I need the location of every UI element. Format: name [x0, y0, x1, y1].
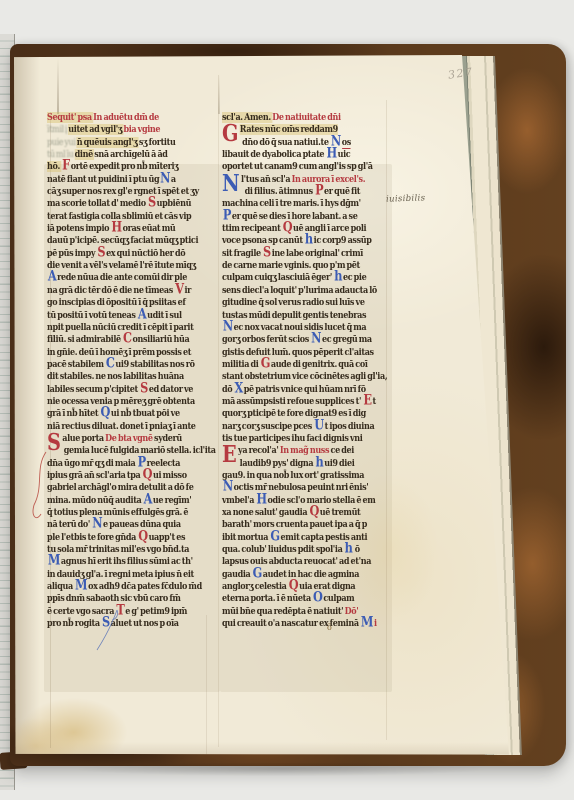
lombard-initial: S	[102, 617, 110, 627]
text-segment: labiles secum p'cipitet	[47, 384, 139, 395]
text-line: dn̄o dō q̄ sua natiui.te Nos	[222, 137, 390, 149]
text-line: terat fastigia colla sblimiū et cās vip	[47, 211, 215, 223]
text-line: Magnus hī erit ihs filius sūmi ac th'	[47, 556, 215, 568]
text-segment: ce dei	[331, 445, 354, 456]
text-line: ītmil į uitet ad vgil'ʒ bia vgine	[47, 124, 215, 136]
text-segment: upbiēnū	[157, 198, 191, 209]
text-segment: Rates nūc om̄s reddam9	[240, 124, 338, 135]
text-segment: onsiliariū hūa	[132, 334, 189, 345]
text-line: ipius grā an̄ scl'aria tpa Qui misso	[47, 470, 215, 482]
text-line: GRates nūc om̄s reddam9	[222, 124, 390, 136]
right-text-column: scl'a. Amen. De natiuitate dn̄iGRates nū…	[222, 112, 390, 630]
text-segment: uia erat digna	[299, 581, 355, 592]
text-line: xa none salut' gaudia Quē tremūt	[222, 507, 390, 519]
text-segment: syderū	[154, 433, 182, 444]
text-segment: sʒ fortitu	[139, 137, 176, 148]
text-segment: filiū. si admirabilē	[47, 334, 122, 345]
text-segment: gau9. in qua nob̄ lux ort' gratissima	[222, 470, 364, 481]
text-line: ibit mortua Gemit capta pestis anti	[222, 532, 390, 544]
book-drop-shadow	[16, 763, 546, 783]
text-line: stant obstetrium vice cōcinētes agli gl'…	[222, 371, 390, 383]
lombard-initial: M	[48, 555, 60, 565]
lombard-initial: E	[363, 394, 371, 404]
lombard-initial: P	[223, 209, 231, 219]
text-segment: xa none salut' gaudia	[222, 507, 309, 518]
text-segment: di filius. ātimnus	[245, 186, 315, 197]
text-line: dauū p'icipē. secūqʒ faciat mūqʒ ptici	[47, 235, 215, 247]
lombard-initial: T	[116, 604, 124, 614]
text-segment: machina celi ī tre maris. ī hys dḡm'	[222, 198, 361, 209]
lombard-initial: O	[313, 592, 323, 602]
text-segment: aude di genitrix. quā coī	[271, 359, 368, 370]
text-line: voce psona sp canūt hic corp9 assūp	[222, 235, 390, 247]
text-segment: ex qui nūctiō her dō	[106, 248, 185, 259]
text-segment: uic	[338, 149, 351, 160]
text-line: go inscipias di ōpositū ī q̄ psiitas ef	[47, 297, 215, 309]
manuscript-photo: Sequit' psa In aduētu dm̄ deītmil į uite…	[0, 0, 574, 800]
text-line: pē pūs impy Sex qui nūctiō her dō	[47, 248, 215, 260]
lombard-initial: N	[160, 172, 170, 182]
lombard-initial: P	[315, 185, 323, 195]
lombard-initial: G	[270, 530, 279, 540]
text-segment: rede nūua die ante comūi dir ple	[57, 272, 187, 283]
lombard-initial: M	[75, 580, 87, 590]
ruling-line-gutter-b	[218, 75, 219, 747]
text-line: narʒ corʒ suscipe pces Ut ipos diuina	[222, 421, 390, 433]
text-segment: ec pie	[343, 272, 366, 283]
text-segment: ya recol'a'	[238, 445, 280, 456]
text-segment: uapp't es	[149, 532, 186, 543]
marginal-gloss: iuisibilis	[386, 193, 426, 204]
text-segment: t ipos diuina	[325, 421, 375, 432]
lombard-initial: C	[106, 357, 115, 367]
lombard-initial: Q	[143, 468, 153, 478]
text-segment: sens diecl'a loquit' p'lurima adaucta lō	[222, 285, 377, 296]
text-line: qua. colub' liuidus pdit spol'ia h ō	[222, 544, 390, 556]
scribal-mark: ō	[327, 623, 332, 632]
text-line: natē fiant ut puidini ī ptu ūgNa	[47, 174, 215, 186]
text-line: culpam cuiqʒ lasciuiā ēger' hec pie	[222, 272, 390, 284]
text-segment: ītmil į	[47, 124, 68, 135]
text-segment: ec nox vacat noui sidis lucet q̄ ma	[234, 322, 367, 333]
lombard-initial: N	[311, 333, 321, 343]
text-line: ma scorie tollat d' medio Supbiēnū	[47, 198, 215, 210]
text-segment: ma scorie tollat d' medio	[47, 198, 147, 209]
drop-cap-initial: E	[222, 443, 236, 453]
lombard-initial: A	[138, 308, 146, 318]
lombard-initial: C	[123, 333, 132, 343]
ruling-line-gutter-a	[206, 615, 207, 755]
text-segment: ui9 stabilitas nos rō	[115, 359, 194, 370]
text-segment: dō	[222, 384, 234, 395]
text-line: labiles secum p'cipitet Sed dator ve	[47, 384, 215, 396]
text-line: laudib9 pys' digna hui9 diei	[222, 458, 390, 470]
text-segment: hō.	[47, 161, 61, 172]
text-segment: l'tus an̄ scl'a	[241, 174, 292, 185]
text-segment: os	[342, 137, 351, 149]
text-segment: ine labe original' crimī	[272, 248, 363, 259]
text-line: ple l'etbis te fore gn̄da Quapp't es	[47, 532, 215, 544]
text-line: Eya recol'a' In mag̃ nuss ce dei	[222, 445, 390, 457]
text-segment: quorʒ pticipē te fore dignat9 es ī dig	[222, 408, 366, 419]
text-segment: ttim recipeant	[222, 223, 282, 234]
text-segment: iā potens impio	[47, 223, 111, 234]
text-segment: ō	[353, 544, 359, 555]
text-segment: pē pūs impy	[47, 248, 97, 259]
text-segment: ple l'etbis te fore gn̄da	[47, 532, 137, 543]
text-line: hō. Fortē expedit pro nb̄ mīteriʒ	[47, 161, 215, 173]
text-segment: pro nb̄ rogita	[47, 618, 101, 629]
text-segment: pacē stabilem	[47, 359, 105, 370]
text-segment: stant obstetrium vice cōcinētes agli gl'…	[222, 371, 387, 382]
text-segment: uitet ad vgil'ʒ	[68, 124, 123, 135]
text-segment: ue regīm'	[153, 495, 191, 506]
text-line: sit fragile Sine labe original' crimī	[222, 248, 390, 260]
text-line: oportet ut canam9 cum angl'is sp gl'ā	[222, 161, 390, 173]
text-line: gaudia Gaudet in hac die agmina	[222, 569, 390, 581]
lombard-initial: S	[148, 197, 156, 207]
lombard-initial: A	[144, 493, 152, 503]
lombard-initial: U	[314, 419, 324, 429]
text-segment: dauū p'icipē. secūqʒ faciat mūqʒ ptici	[47, 235, 198, 246]
text-segment: tis tue participes ihu faci dignis vni	[222, 433, 362, 444]
text-segment: dn̄o dō q̄ sua natiui.te	[242, 137, 330, 148]
text-segment: ui misso	[153, 470, 187, 481]
text-segment: gitudine q̄ sol verus radio sui luīs ve	[222, 297, 365, 308]
text-segment: tustas mūdi depulit gentis tenebras	[222, 310, 366, 321]
text-segment: ipius grā an̄ scl'aria tpa	[47, 470, 142, 481]
text-segment: e g' petim9 ipm̄	[125, 606, 187, 617]
text-segment: anglorʒ celestia	[222, 581, 288, 592]
text-segment: audet in hac die agmina	[263, 569, 359, 580]
text-segment: t	[372, 396, 375, 407]
text-segment: lapsus ouis abducta reuocat' ad et'na	[222, 556, 371, 567]
text-segment: eterna porta. ī ē nūeta	[222, 593, 312, 604]
text-line: mina. mūdo nūq̄ audita Aue regīm'	[47, 495, 215, 507]
text-line: Nec nox vacat noui sidis lucet q̄ ma	[222, 322, 390, 334]
vertical-crease-center	[218, 74, 220, 114]
text-segment: udit ī sul	[147, 310, 182, 321]
lombard-initial: Q	[289, 580, 299, 590]
text-segment: ui nb̄ tbuat pōi ve	[111, 408, 180, 419]
text-segment: octis mr̄ nebulosa peuint nri ēnis'	[234, 482, 369, 493]
text-line: pro nb̄ rogita Saluet ut nos p oīa	[47, 618, 215, 630]
text-segment: ibit mortua	[222, 532, 269, 543]
vertical-crease-left	[57, 58, 59, 114]
text-line: gau9. in qua nob̄ lux ort' gratissima	[222, 470, 390, 482]
text-line: lapsus ouis abducta reuocat' ad et'na	[222, 556, 390, 568]
text-line: iā potens impio Horas eūat mū	[47, 223, 215, 235]
text-segment: bia vgine	[123, 124, 160, 135]
lombard-initial: h	[345, 543, 353, 553]
lombard-initial: V	[175, 283, 183, 293]
text-line: Sequit' psa In aduētu dm̄ de	[47, 112, 215, 124]
text-segment: snā archīgelū ā ād	[94, 149, 167, 160]
text-segment: cāʒ super nos rex gl'e rgnet ī spēt et ʒ…	[47, 186, 199, 197]
text-segment: natē fiant ut puidini ī ptu ūg	[47, 174, 159, 185]
lombard-initial: S	[140, 382, 148, 392]
text-segment: go inscipias di ōpositū ī q̄ psiitas ef	[47, 297, 185, 308]
text-line: Salue porta De bta vgnē syderū	[47, 433, 215, 445]
text-segment: alue porta	[62, 433, 105, 444]
text-line: gistis defuit lum̄. quos pēperit cl'aita…	[222, 347, 390, 359]
text-segment: qui creauit o'a nascatur ex feminā	[222, 618, 360, 629]
text-segment: agnus hī erit ihs filius sūmi ac th'	[61, 556, 193, 567]
text-segment: ppīs dnm̄ sabaoth sic vbū caro fm̄	[47, 593, 181, 604]
text-segment: a	[171, 174, 176, 185]
text-segment: odie scl'o mario stella ē em	[268, 495, 376, 506]
text-segment: culpam	[323, 593, 354, 604]
text-segment: ox adh9 dc̄a pates fc̄dulo m̄d	[88, 581, 202, 592]
text-line: na grā dic tēr dō ē die ne tīmeas Vir	[47, 285, 215, 297]
text-segment: uē tremūt	[320, 507, 361, 518]
lombard-initial: G	[253, 567, 262, 577]
text-line: sens diecl'a loquit' p'lurima adaucta lō	[222, 285, 390, 297]
text-segment: emit capta pestis anti	[280, 532, 367, 543]
text-line: gorʒ orbos ferūt scios Nec gregū ma	[222, 334, 390, 346]
lombard-initial: Q	[309, 506, 319, 516]
text-line: barath' mors cruenta pauet ipa a q̄ p	[222, 519, 390, 531]
lombard-initial: A	[48, 271, 56, 281]
text-line: militia di Gaude di genitrix. quā coī	[222, 359, 390, 371]
text-segment: oras eūat mū	[123, 223, 176, 234]
text-line: aliqua Mox adh9 dc̄a pates fc̄dulo m̄d	[47, 581, 215, 593]
text-segment: mina. mūdo nūq̄ audita	[47, 495, 143, 506]
text-segment: culpam cuiqʒ lasciuiā ēger'	[222, 272, 333, 283]
drop-cap-initial: G	[222, 122, 238, 132]
text-line: dit stabiles. ne nos labilitas huāna	[47, 371, 215, 383]
text-line: dn̄a ūgo mr̄ qʒ di maia Preelecta	[47, 458, 215, 470]
text-line: gemia lucē fulgida mariō stella. icl'ita	[47, 445, 215, 457]
text-segment: oportet ut canam9 cum angl'is sp gl'ā	[222, 161, 373, 172]
text-segment: dn̄a ūgo mr̄ qʒ di maia	[47, 458, 137, 469]
text-line: anglorʒ celestia Quia erat digna	[222, 581, 390, 593]
text-line: tis tue participes ihu faci dignis vni	[222, 433, 390, 445]
text-segment: die venit a vēl's velamē l'rē ītute mīqʒ	[47, 260, 196, 271]
text-segment: De natiuitate dn̄i	[272, 112, 340, 123]
text-line: puie yui n̄ quēuis angl'ʒ sʒ fortitu	[47, 137, 215, 149]
text-segment: gabriel archāgl'o mira detulit a dō fe	[47, 482, 193, 493]
text-segment: narʒ corʒ suscipe pces	[222, 421, 313, 432]
text-segment: laudib9 pys' digna	[240, 458, 315, 469]
text-line: eterna porta. ī ē nūeta Oculpam	[222, 593, 390, 605]
text-line: libauit de dyabolica ptate Huic	[222, 149, 390, 161]
text-line: vmbel'a Hodie scl'o mario stella ē em	[222, 495, 390, 507]
text-line: nā terū do' Ne paueas dūna quia	[47, 519, 215, 531]
text-segment: aluet ut nos p oīa	[111, 618, 179, 629]
text-segment: er quē se dies ī hore labant. a se	[232, 211, 358, 222]
text-segment: In aduētu dm̄ de	[93, 112, 159, 123]
text-segment: libauit de dyabolica ptate	[222, 149, 326, 160]
text-segment: q̄ totius plena mūnis effulgēs grā. ē	[47, 507, 188, 518]
text-segment: ir	[184, 285, 191, 296]
text-line: ē certe vgo sacra Te g' petim9 ipm̄	[47, 606, 215, 618]
text-segment: nie ocessa venia p mēreʒ grē obtenta	[47, 396, 195, 407]
text-line: grā ī nb̄ hītet Qui nb̄ tbuat pōi ve	[47, 408, 215, 420]
lombard-initial: F	[62, 160, 70, 170]
text-line: tū ml īu dinē snā archīgelū ā ād	[47, 149, 215, 161]
lombard-initial: G	[261, 357, 270, 367]
text-line: die venit a vēl's velamē l'rē ītute mīqʒ	[47, 260, 215, 272]
lombard-initial: H	[256, 493, 266, 503]
text-segment: ed dator ve	[149, 384, 193, 395]
text-line: q̄ totius plena mūnis effulgēs grā. ē	[47, 507, 215, 519]
text-segment: tu sola mr̄ trinitas mil'es vgo bn̄d.ta	[47, 544, 189, 555]
lombard-initial: Q	[283, 222, 293, 232]
text-segment: qua. colub' liuidus pdit spol'ia	[222, 544, 344, 555]
text-segment: dit stabiles. ne nos labilitas huāna	[47, 371, 184, 382]
lombard-initial: X	[235, 382, 243, 392]
text-line: Noctis mr̄ nebulosa peuint nri ēnis'	[222, 482, 390, 494]
text-segment: dinē	[75, 149, 95, 160]
lombard-initial: Q	[101, 407, 111, 417]
text-segment: grā ī nb̄ hītet	[47, 408, 100, 419]
text-line: in dauidʒ gl'a. ī regni meta ipius n̄ ei…	[47, 569, 215, 581]
text-segment: gistis defuit lum̄. quos pēperit cl'aita…	[222, 347, 374, 358]
lombard-initial: H	[111, 222, 121, 232]
text-segment: er quē fit	[324, 186, 360, 197]
text-segment: na grā dic tēr dō ē die ne tīmeas	[47, 285, 174, 296]
lombard-initial: S	[263, 246, 271, 256]
text-segment: tū positū ī votū teneas	[47, 310, 137, 321]
text-segment: i	[374, 618, 377, 629]
lombard-initial: h	[334, 271, 342, 281]
text-segment: gaudia	[222, 569, 252, 580]
text-line: Nl'tus an̄ scl'a In aurora ī excel's.	[222, 174, 390, 186]
text-segment: Sequit' psa	[47, 112, 93, 123]
drop-cap-initial: N	[222, 172, 239, 182]
text-segment: nā terū do'	[47, 519, 91, 530]
text-line: in gn̄ie. deū ī homēʒ ī prēm possis et	[47, 347, 215, 359]
text-segment: mūi bn̄e qua redēpta ē natiuit'	[222, 606, 345, 617]
text-segment: Dō'	[345, 606, 359, 617]
text-line: pacē stabilem Cui9 stabilitas nos rō	[47, 359, 215, 371]
text-segment: ec gregū ma	[322, 334, 372, 345]
lombard-initial: P	[138, 456, 146, 466]
lombard-initial: Q	[138, 530, 148, 540]
text-line: tū positū ī votū teneas Audit ī sul	[47, 310, 215, 322]
text-line: mā assūmpsisti refoue supplices t' Et	[222, 396, 390, 408]
text-line: qui creauit o'a nascatur ex feminā Mi	[222, 618, 390, 630]
text-segment: puie yui	[47, 137, 77, 148]
text-segment: in dauidʒ gl'a. ī regni meta ipius n̄ ei…	[47, 569, 194, 580]
text-line: de carne marie vginis. quo p'm pēt	[222, 260, 390, 272]
text-line: gitudine q̄ sol verus radio sui luīs ve	[222, 297, 390, 309]
lombard-initial: N	[92, 518, 102, 528]
text-line: nie ocessa venia p mēreʒ grē obtenta	[47, 396, 215, 408]
text-line: filiū. si admirabilē Consiliariū hūa	[47, 334, 215, 346]
text-line: tustas mūdi depulit gentis tenebras	[222, 310, 390, 322]
left-text-column: Sequit' psa In aduētu dm̄ deītmil į uite…	[47, 112, 215, 630]
text-line: ppīs dnm̄ sabaoth sic vbū caro fm̄	[47, 593, 215, 605]
text-segment: De bta vgnē	[105, 433, 154, 444]
text-line: gabriel archāgl'o mira detulit a dō fe	[47, 482, 215, 494]
text-segment: pē patris vnice qui hūam nrī fō	[244, 384, 366, 395]
lombard-initial: h	[316, 456, 324, 466]
text-segment: in gn̄ie. deū ī homēʒ ī prēm possis et	[47, 347, 191, 358]
lombard-initial: N	[331, 135, 341, 145]
text-segment: vmbel'a	[222, 495, 256, 506]
lombard-initial: h	[305, 234, 313, 244]
text-line: scl'a. Amen. De natiuitate dn̄i	[222, 112, 390, 124]
text-segment: n̄ quēuis angl'ʒ	[77, 137, 139, 148]
text-segment: npit puella nūciū credit ī cēpit ī parit	[47, 322, 193, 333]
text-segment: niā rectius diluat. donet ī pniaʒ ī ante	[47, 421, 196, 432]
text-segment: ui9 diei	[324, 458, 354, 469]
text-segment: aliqua	[47, 581, 74, 592]
text-line: di filius. ātimnus Per quē fit	[222, 186, 390, 198]
text-segment: ic corp9 assūp	[314, 235, 372, 246]
text-segment: militia di	[222, 359, 260, 370]
lombard-initial: N	[223, 481, 233, 491]
text-line: Per quē se dies ī hore labant. a se	[222, 211, 390, 223]
text-line: Arede nūua die ante comūi dir ple	[47, 272, 215, 284]
text-segment: barath' mors cruenta pauet ipa a q̄ p	[222, 519, 367, 530]
lombard-initial: N	[223, 320, 233, 330]
text-segment: gorʒ orbos ferūt scios	[222, 334, 310, 345]
text-segment: mā assūmpsisti refoue supplices t'	[222, 396, 363, 407]
text-segment: sit fragile	[222, 248, 262, 259]
lombard-initial: H	[326, 148, 336, 158]
lombard-initial: M	[361, 617, 373, 627]
text-line: cāʒ super nos rex gl'e rgnet ī spēt et ʒ…	[47, 186, 215, 198]
text-line: tu sola mr̄ trinitas mil'es vgo bn̄d.ta	[47, 544, 215, 556]
text-line: quorʒ pticipē te fore dignat9 es ī dig	[222, 408, 390, 420]
text-line: machina celi ī tre maris. ī hys dḡm'	[222, 198, 390, 210]
lombard-initial: S	[97, 246, 105, 256]
text-segment: In aurora ī excel's.	[292, 174, 366, 185]
text-line: niā rectius diluat. donet ī pniaʒ ī ante	[47, 421, 215, 433]
drop-cap-initial: S	[47, 431, 61, 441]
text-segment: tū ml īu	[47, 149, 75, 160]
